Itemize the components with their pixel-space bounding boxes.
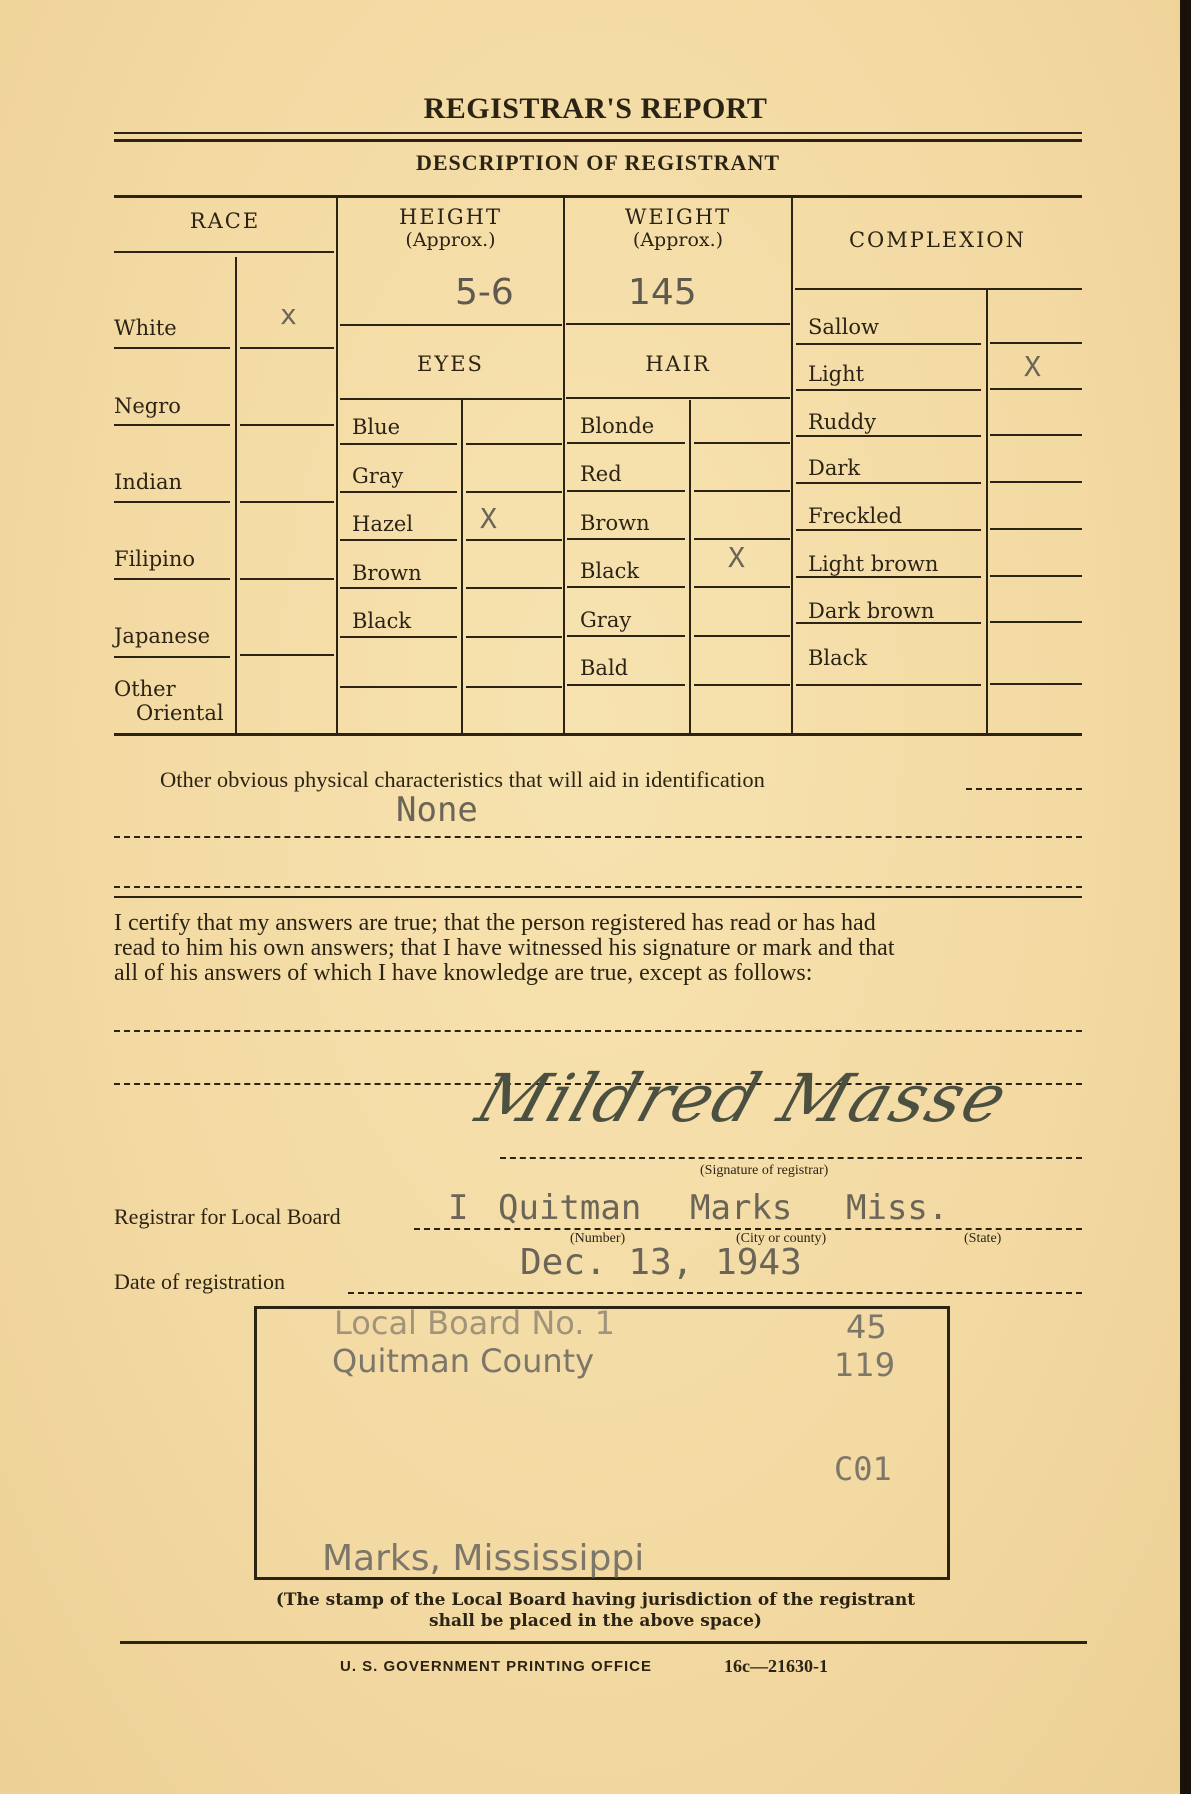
race-header-rule xyxy=(114,251,334,253)
hair-bald-label: Bald xyxy=(580,656,628,680)
race-indian-label: Indian xyxy=(114,470,182,494)
complexion-light-label: Light xyxy=(808,362,864,386)
hair-black-label: Black xyxy=(580,559,639,583)
signature-line xyxy=(500,1157,1082,1159)
form-title: REGISTRAR'S REPORT xyxy=(0,92,1191,126)
title-rule-top xyxy=(114,132,1082,134)
hair-header-rule xyxy=(566,397,790,399)
complexion-light-mark[interactable]: X xyxy=(1024,350,1041,383)
weight-complexion-divider xyxy=(791,198,793,734)
footer-rule xyxy=(120,1641,1087,1644)
hair-header: HAIR xyxy=(565,353,791,375)
section-rule xyxy=(114,896,1082,898)
complexion-sallow-label: Sallow xyxy=(808,315,879,339)
race-right-border xyxy=(336,198,338,734)
race-inner-divider xyxy=(235,257,237,734)
other-characteristics-line-1 xyxy=(114,836,1082,838)
registrar-signature[interactable]: Mildred Masse xyxy=(467,1060,1018,1137)
exceptions-line xyxy=(114,1030,1082,1032)
eyes-hazel-label: Hazel xyxy=(352,512,413,536)
race-box-rule xyxy=(240,347,334,349)
complexion-inner-divider xyxy=(986,290,988,734)
other-characteristics-value[interactable]: None xyxy=(396,790,478,830)
local-board-state-caption: (State) xyxy=(964,1231,1001,1247)
printer-imprint: U. S. GOVERNMENT PRINTING OFFICE xyxy=(340,1658,652,1675)
race-box-rule xyxy=(240,578,334,580)
certification-line-2: read to him his own answers; that I have… xyxy=(114,936,894,960)
weight-bottom-rule xyxy=(566,323,790,325)
registration-date-label: Date of registration xyxy=(114,1270,285,1294)
race-row-rule xyxy=(114,501,230,503)
weight-header: WEIGHT xyxy=(565,206,791,228)
local-board-label: Registrar for Local Board xyxy=(114,1205,341,1229)
form-subtitle: DESCRIPTION OF REGISTRANT xyxy=(114,150,1082,176)
eyes-header-rule xyxy=(340,398,562,400)
race-box-rule xyxy=(240,501,334,503)
race-row-rule xyxy=(114,424,230,426)
form-number: 16c—21630-1 xyxy=(724,1656,828,1677)
hair-inner-divider xyxy=(689,400,691,734)
weight-value[interactable]: 145 xyxy=(628,272,697,313)
race-white-mark[interactable]: x xyxy=(280,298,297,331)
local-board-state[interactable]: Miss. xyxy=(846,1188,948,1228)
stamp-caption-line-2: shall be placed in the above space) xyxy=(0,1611,1191,1631)
complexion-header-rule xyxy=(795,288,1082,290)
eyes-blue-label: Blue xyxy=(352,415,400,439)
eyes-header: EYES xyxy=(338,353,563,375)
eyes-inner-divider xyxy=(461,400,463,734)
signature-caption: (Signature of registrar) xyxy=(700,1163,828,1179)
local-board-number[interactable]: I xyxy=(448,1188,468,1228)
stamp-number-2: 119 xyxy=(834,1346,895,1384)
race-row-rule xyxy=(114,347,230,349)
stamp-number-3: C01 xyxy=(834,1450,892,1488)
registration-date-line xyxy=(348,1292,1082,1294)
complexion-light-brown-label: Light brown xyxy=(808,552,938,576)
height-bottom-rule xyxy=(340,324,562,326)
race-header: RACE xyxy=(114,210,336,232)
other-characteristics-label: Other obvious physical characteristics t… xyxy=(160,768,765,792)
stamp-county: Quitman County xyxy=(332,1342,594,1380)
hair-gray-label: Gray xyxy=(580,608,631,632)
certification-line-3: all of his answers of which I have knowl… xyxy=(114,961,812,985)
race-other-oriental-label-2: Oriental xyxy=(136,701,224,725)
other-characteristics-line-2 xyxy=(114,886,1082,888)
race-box-rule xyxy=(240,424,334,426)
race-box-rule xyxy=(240,654,334,656)
weight-approx-note: (Approx.) xyxy=(565,229,791,251)
race-filipino-label: Filipino xyxy=(114,547,195,571)
complexion-ruddy-label: Ruddy xyxy=(808,410,876,434)
race-japanese-label: Japanese xyxy=(114,624,210,648)
other-characteristics-leader xyxy=(966,788,1082,790)
hair-blonde-label: Blonde xyxy=(580,414,654,438)
eyes-brown-label: Brown xyxy=(352,561,422,585)
table-top-rule xyxy=(114,195,1082,198)
race-white-label: White xyxy=(114,316,177,340)
hair-black-mark[interactable]: X xyxy=(728,541,745,574)
hair-brown-label: Brown xyxy=(580,511,650,535)
stamp-board-number: Local Board No. 1 xyxy=(334,1304,615,1342)
local-board-city-county[interactable]: Quitman xyxy=(498,1188,641,1228)
height-approx-note: (Approx.) xyxy=(338,229,563,251)
stamp-city-state: Marks, Mississippi xyxy=(322,1538,644,1579)
complexion-dark-brown-label: Dark brown xyxy=(808,599,934,623)
height-value[interactable]: 5-6 xyxy=(455,272,514,313)
scan-edge xyxy=(1180,0,1191,1794)
race-row-rule xyxy=(114,578,230,580)
title-rule-bottom xyxy=(114,139,1082,142)
stamp-caption-line-1: (The stamp of the Local Board having jur… xyxy=(0,1590,1191,1610)
local-board-city[interactable]: Marks xyxy=(690,1188,792,1228)
hair-red-label: Red xyxy=(580,462,622,486)
certification-line-1: I certify that my answers are true; that… xyxy=(114,911,876,935)
local-board-line xyxy=(414,1228,1082,1230)
height-weight-divider xyxy=(563,198,565,734)
race-other-oriental-label-1: Other xyxy=(114,677,176,701)
stamp-number-1: 45 xyxy=(846,1308,887,1346)
eyes-hazel-mark[interactable]: X xyxy=(480,502,497,535)
registration-date-value[interactable]: Dec. 13, 1943 xyxy=(520,1242,802,1283)
eyes-gray-label: Gray xyxy=(352,464,403,488)
race-row-rule xyxy=(114,656,230,658)
eyes-black-label: Black xyxy=(352,609,411,633)
table-bottom-rule xyxy=(114,733,1082,736)
complexion-header: COMPLEXION xyxy=(793,229,1082,251)
complexion-dark-label: Dark xyxy=(808,456,860,480)
race-negro-label: Negro xyxy=(114,394,181,418)
complexion-black-label: Black xyxy=(808,646,867,670)
complexion-freckled-label: Freckled xyxy=(808,504,902,528)
height-header: HEIGHT xyxy=(338,206,563,228)
